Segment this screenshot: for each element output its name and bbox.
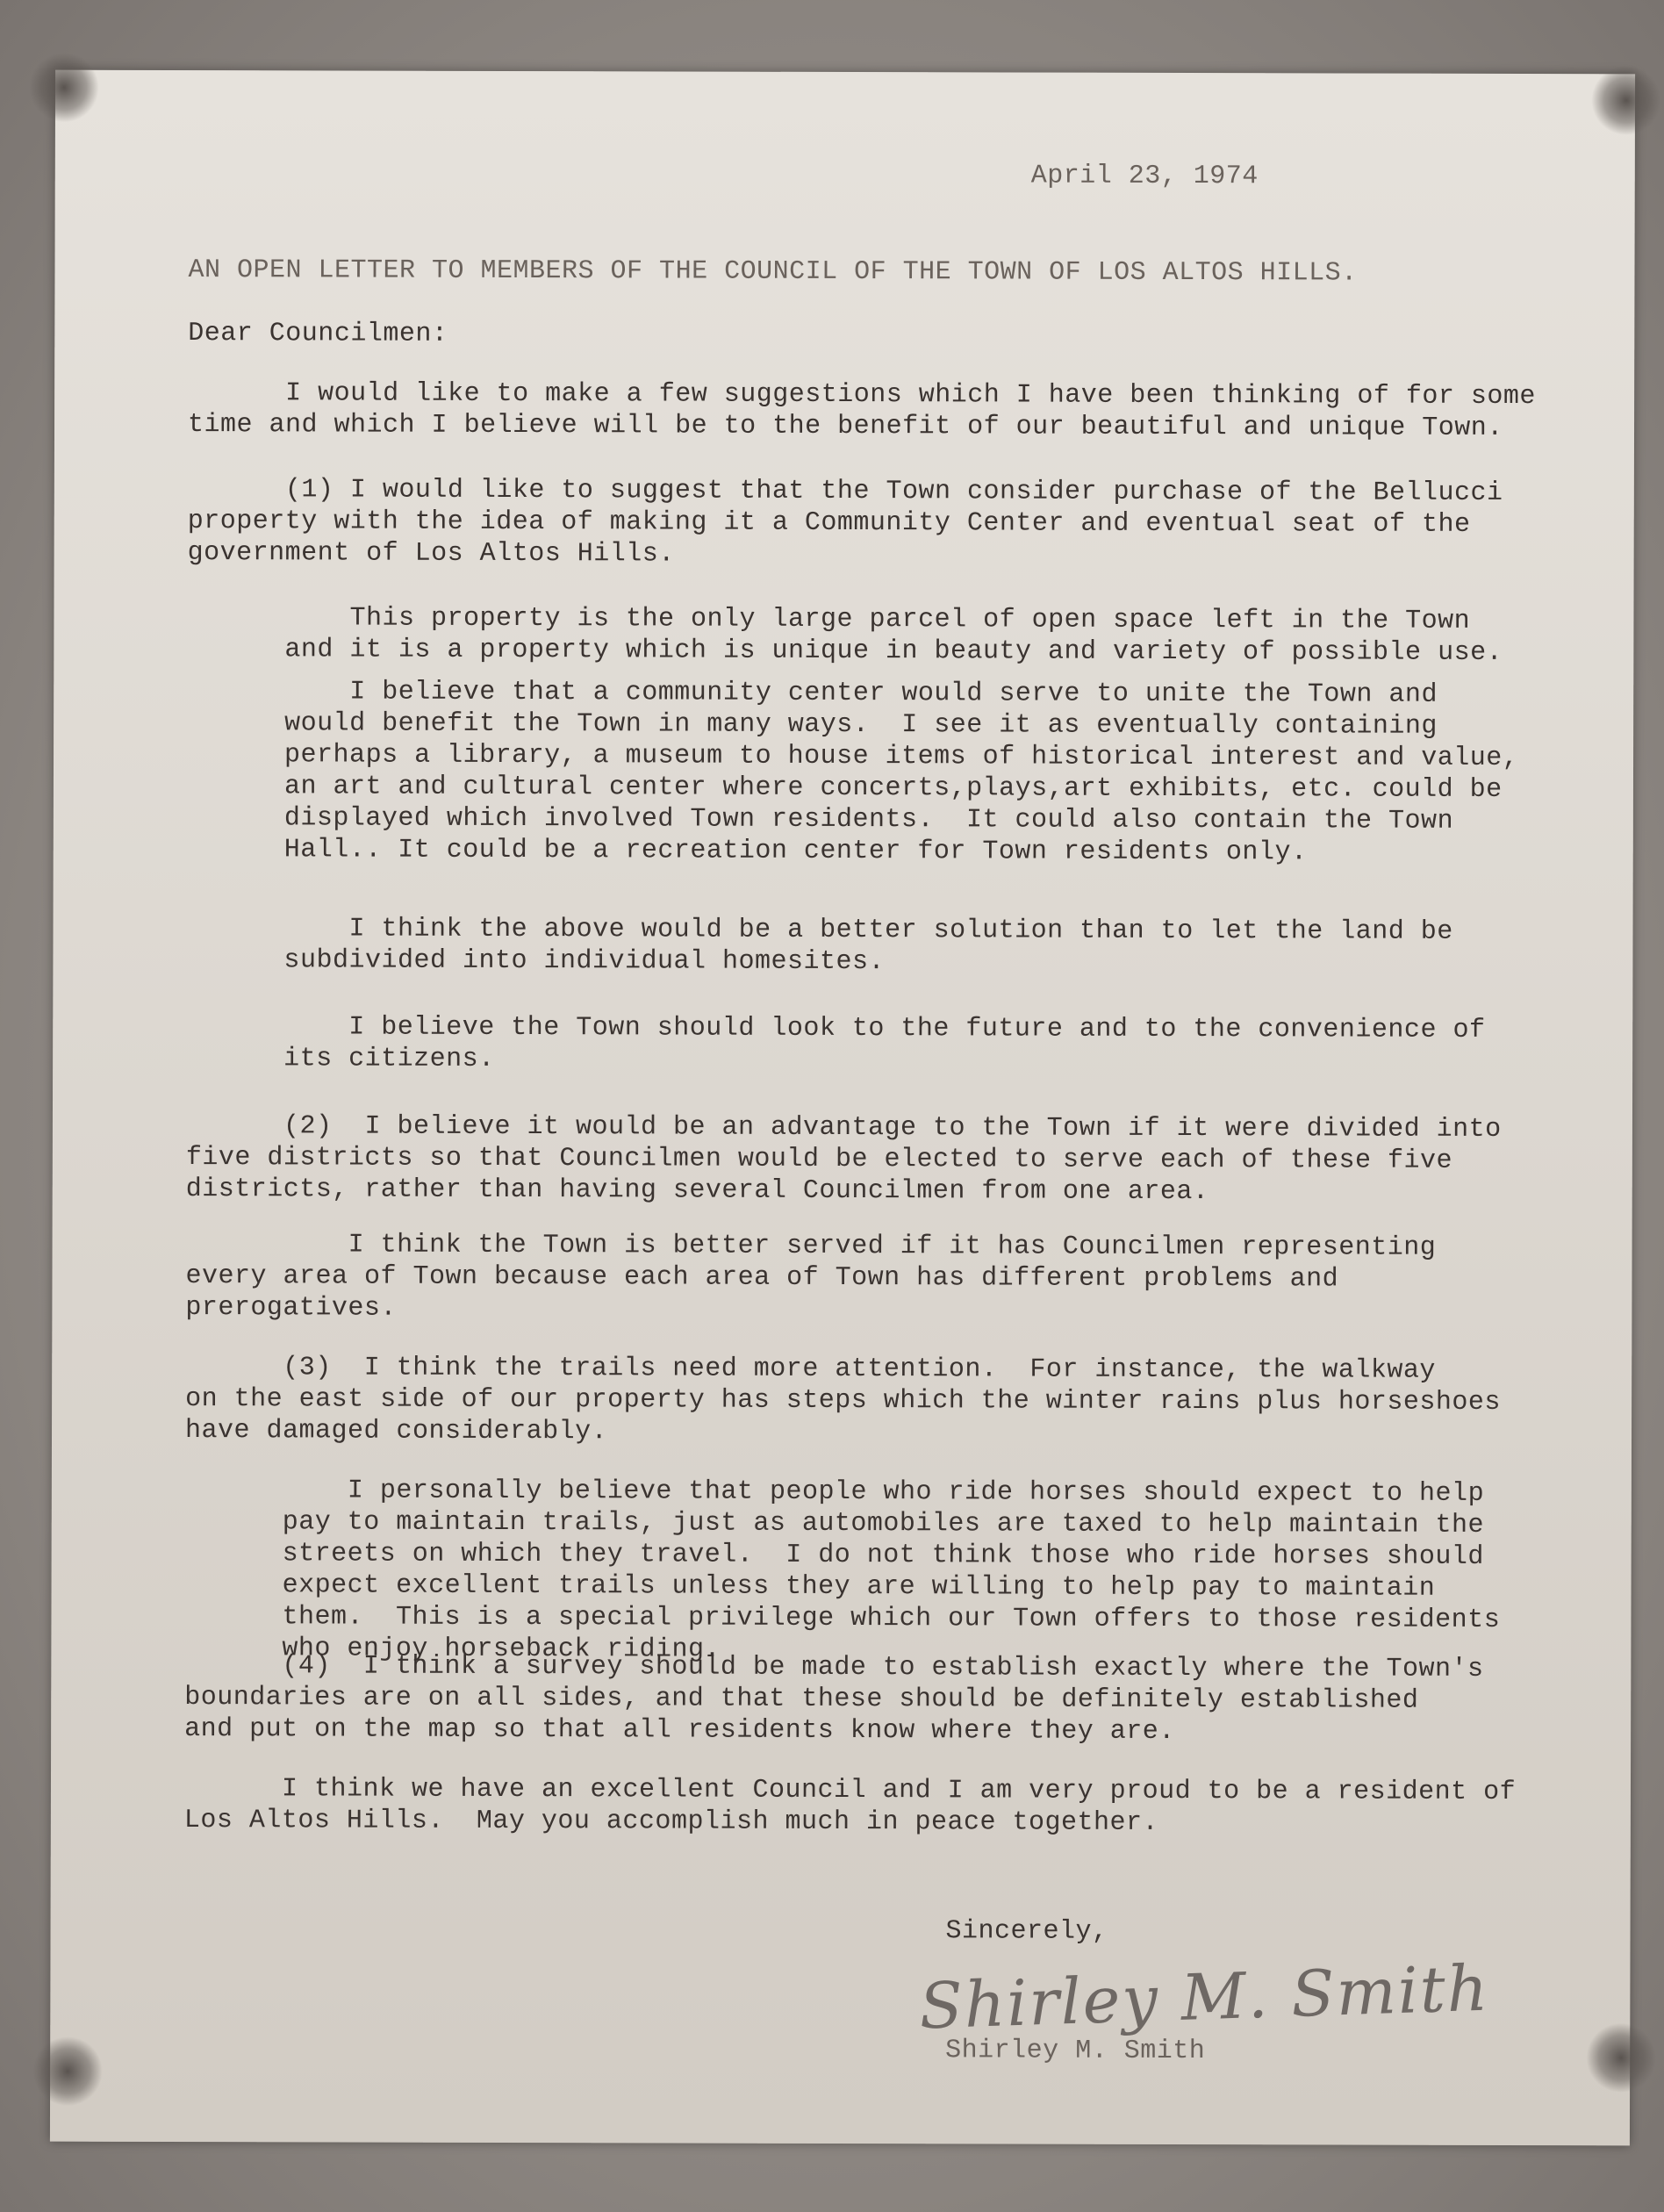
paragraph: (4) I think a survey should be made to e…: [184, 1650, 1484, 1749]
paragraph: I would like to make a few suggestions w…: [188, 377, 1536, 444]
tack-mark: [1591, 65, 1661, 135]
paragraph: (1) I would like to suggest that the Tow…: [188, 474, 1503, 572]
letter-date: April 23, 1974: [1031, 161, 1259, 193]
salutation: Dear Councilmen:: [188, 318, 448, 350]
letter-title: AN OPEN LETTER TO MEMBERS OF THE COUNCIL…: [188, 255, 1357, 289]
paragraph: This property is the only large parcel o…: [187, 602, 1503, 669]
tack-mark: [32, 2036, 103, 2107]
paragraph: I believe the Town should look to the fu…: [186, 1011, 1485, 1078]
letter-page: April 23, 1974 AN OPEN LETTER TO MEMBERS…: [50, 70, 1635, 2146]
paragraph: I think the Town is better served if it …: [185, 1229, 1436, 1327]
paragraph: I think the above would be a better solu…: [186, 913, 1452, 980]
handwritten-signature: Shirley M. Smith: [918, 1951, 1490, 2043]
tack-mark: [1586, 2022, 1656, 2093]
paragraph: I believe that a community center would …: [187, 676, 1519, 869]
tack-mark: [29, 53, 99, 123]
closing: Sincerely,: [945, 1915, 1108, 1947]
typed-name: Shirley M. Smith: [945, 2035, 1205, 2067]
paragraph: I personally believe that people who rid…: [184, 1475, 1500, 1668]
paragraph: (3) I think the trails need more attenti…: [185, 1352, 1501, 1450]
paragraph: (2) I believe it would be an advantage t…: [186, 1110, 1502, 1209]
paragraph: I think we have an excellent Council and…: [184, 1773, 1516, 1840]
